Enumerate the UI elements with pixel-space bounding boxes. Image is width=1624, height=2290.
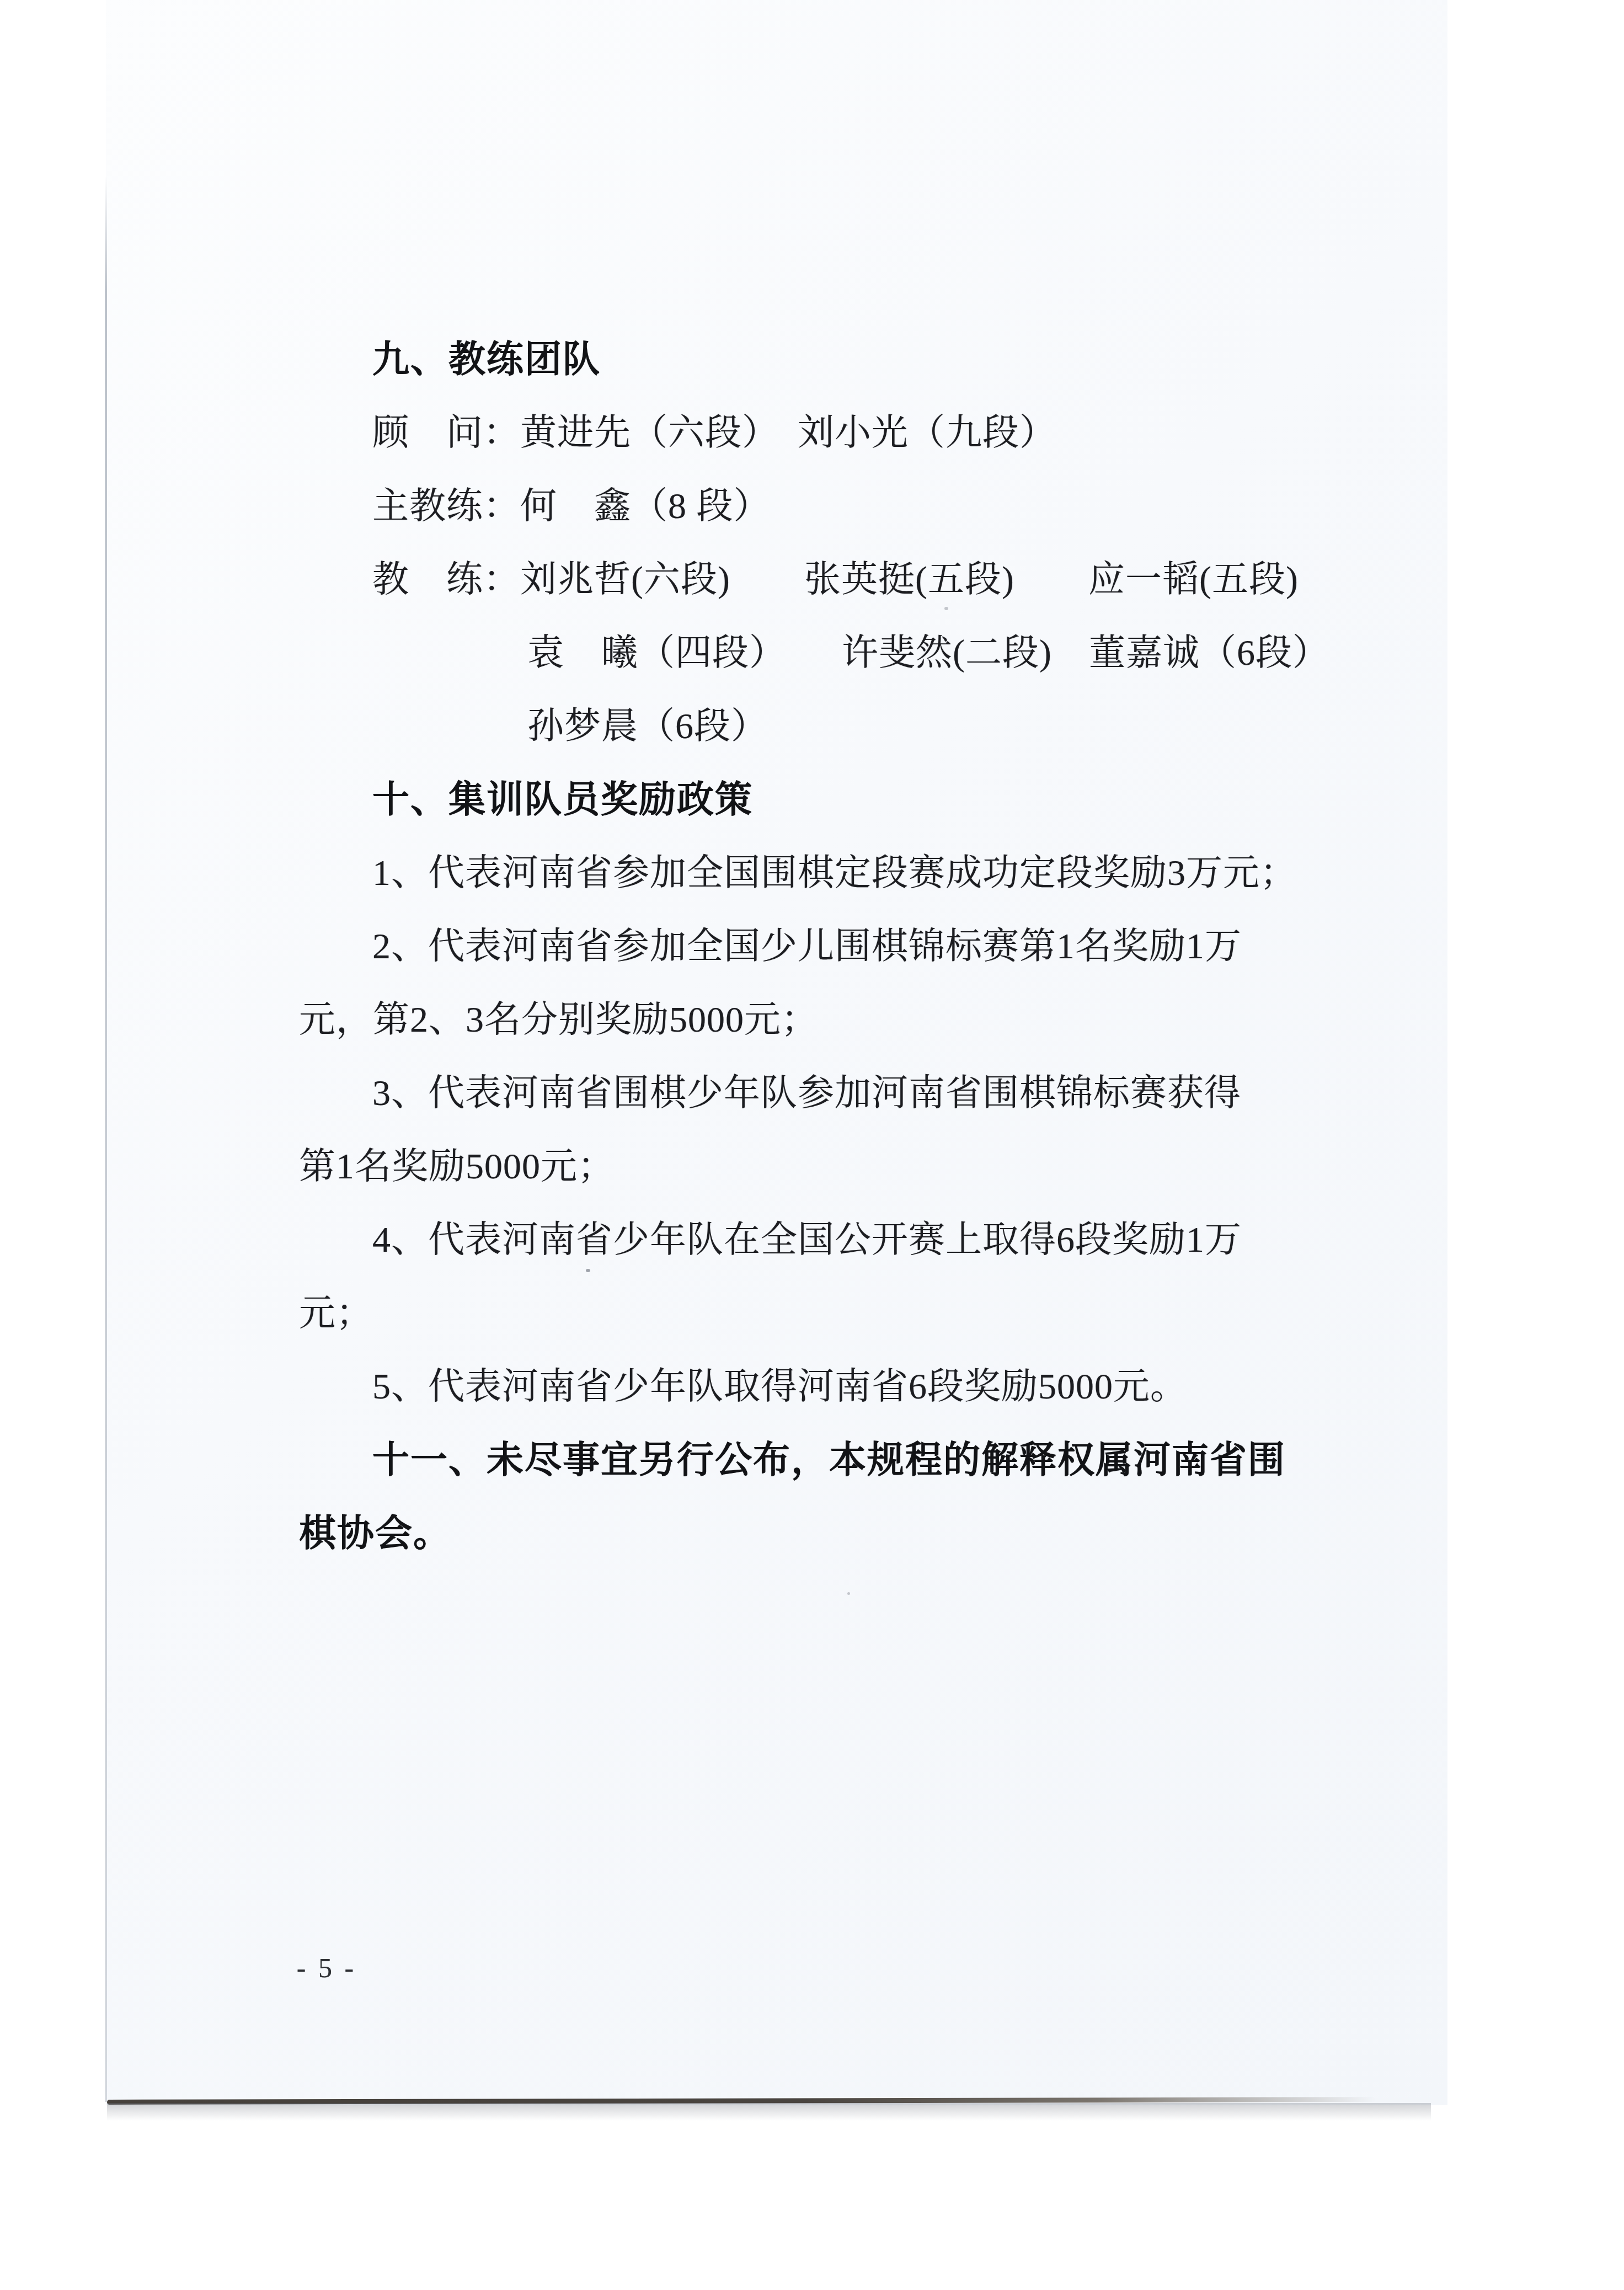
- reward-item-4: 4、代表河南省少年队在全国公开赛上取得6段奖励1万: [299, 1203, 1329, 1277]
- head-coach-line: 主教练：何 鑫（8 段）: [299, 469, 1329, 543]
- coaches-line-2: 袁 曦（四段） 许斐然(二段) 董嘉诚（6段）: [299, 616, 1329, 690]
- advisors-line: 顾 问：黄进先（六段） 刘小光（九段）: [299, 396, 1329, 469]
- reward-item-2: 2、代表河南省参加全国少儿围棋锦标赛第1名奖励1万: [299, 910, 1329, 983]
- scan-speck: [586, 1269, 590, 1272]
- scan-speck: [847, 1592, 850, 1595]
- coaches-line-1: 教 练：刘兆哲(六段) 张英挺(五段) 应一韬(五段): [299, 543, 1329, 616]
- reward-item-3: 3、代表河南省围棋少年队参加河南省围棋锦标赛获得: [299, 1056, 1329, 1130]
- reward-item-3-cont: 第1名奖励5000元；: [299, 1130, 1329, 1203]
- reward-item-4-cont: 元；: [299, 1277, 1329, 1350]
- section-11-heading: 十一、未尽事宜另行公布，本规程的解释权属河南省围: [299, 1423, 1329, 1497]
- scan-speck: [944, 607, 948, 610]
- paper-bottom-shadow: [107, 2103, 1431, 2121]
- scanned-document-page: 九、教练团队 顾 问：黄进先（六段） 刘小光（九段） 主教练：何 鑫（8 段） …: [0, 0, 1624, 2290]
- page-number: - 5 -: [255, 1952, 398, 1984]
- section-9-heading: 九、教练团队: [299, 323, 1329, 396]
- reward-item-5: 5、代表河南省少年队取得河南省6段奖励5000元。: [299, 1350, 1329, 1423]
- paper-left-edge: [105, 175, 107, 2102]
- section-10-heading: 十、集训队员奖励政策: [299, 763, 1329, 836]
- reward-item-2-cont: 元，第2、3名分别奖励5000元；: [299, 983, 1329, 1056]
- document-body: 九、教练团队 顾 问：黄进先（六段） 刘小光（九段） 主教练：何 鑫（8 段） …: [299, 323, 1329, 1570]
- reward-item-1: 1、代表河南省参加全国围棋定段赛成功定段奖励3万元；: [299, 836, 1329, 910]
- section-11-heading-cont: 棋协会。: [299, 1497, 1329, 1570]
- coaches-line-3: 孙梦晨（6段）: [299, 690, 1329, 763]
